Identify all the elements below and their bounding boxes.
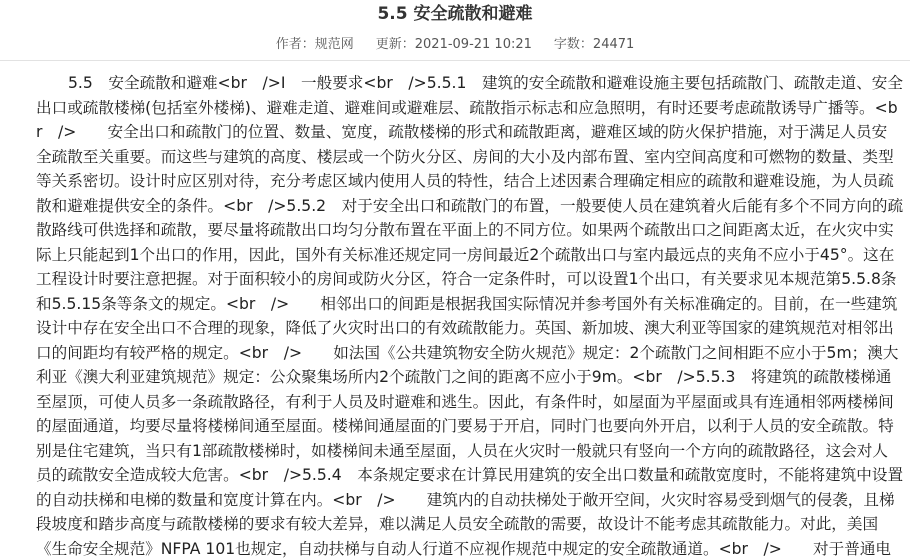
wordcount-value: 24471 (593, 36, 634, 54)
body-line: 等关系密切。设计时应区别对待，充分考虑区域内使用人员的特性，结合上述因素合理确定… (36, 169, 910, 194)
body-line: 的屋面通道，均要尽量将楼梯间通至屋面。楼梯间通屋面的门要易于开启，同时门也要向外… (36, 414, 910, 439)
body-line: 散和避难提供安全的条件。<br />5.5.2 对于安全出口和疏散门的布置，一般… (36, 194, 910, 219)
body-line: 《生命安全规范》NFPA 101也规定，自动扶梯与自动人行道不应视作规范中规定的… (36, 537, 910, 558)
author-label: 作者： (276, 36, 315, 54)
updated-value: 2021-09-21 10:21 (415, 36, 532, 54)
body-line: 段坡度和踏步高度与疏散楼梯的要求有较大差异，难以满足人员安全疏散的需要，故设计不… (36, 512, 910, 537)
body-line: 出口或疏散楼梯(包括室外楼梯)、避难走道、避难间或避难层、疏散指示标志和应急照明… (36, 96, 910, 121)
updated-label: 更新： (376, 36, 415, 54)
body-line: 散路线可供选择和疏散，要尽量将疏散出口均匀分散布置在平面上的不同方位。如果两个疏… (36, 218, 910, 243)
wordcount-label: 字数： (554, 36, 593, 54)
article-body: 5.5 安全疏散和避难<br />Ⅰ 一般要求<br />5.5.1 建筑的安全… (36, 71, 910, 558)
body-line: 设计中存在安全出口不合理的现象，降低了火灾时出口的有效疏散能力。英国、新加坡、澳… (36, 316, 910, 341)
body-line: 口的间距均有较严格的规定。<br /> 如法国《公共建筑物安全防火规范》规定：2… (36, 341, 910, 366)
body-line: 利亚《澳大利亚建筑规范》规定：公众聚集场所内2个疏散门之间的距离不应小于9m。<… (36, 365, 910, 390)
body-line: r /> 安全出口和疏散门的位置、数量、宽度，疏散楼梯的形式和疏散距离，避难区域… (36, 120, 910, 145)
body-line: 际上只能起到1个出口的作用，因此，国外有关标准还规定同一房间最近2个疏散出口与室… (36, 243, 910, 268)
header-divider (0, 60, 910, 61)
body-line: 工程设计时要注意把握。对于面积较小的房间或防火分区，符合一定条件时，可以设置1个… (36, 267, 910, 292)
body-line: 的自动扶梯和电梯的数量和宽度计算在内。<br /> 建筑内的自动扶梯处于敞开空间… (36, 488, 910, 513)
article-meta: 作者：规范网更新：2021-09-21 10:21字数：24471 (0, 36, 910, 54)
body-line: 别是住宅建筑，当只有1部疏散楼梯时，如楼梯间未通至屋面，人员在火灾时一般就只有竖… (36, 439, 910, 464)
body-line: 5.5 安全疏散和避难<br />Ⅰ 一般要求<br />5.5.1 建筑的安全… (36, 71, 910, 96)
author-value: 规范网 (315, 36, 354, 54)
body-line: 全疏散至关重要。而这些与建筑的高度、楼层或一个防火分区、房间的大小及内部布置、室… (36, 145, 910, 170)
body-line: 至屋顶，可使人员多一条疏散路径，有利于人员及时避难和逃生。因此，有条件时，如屋面… (36, 390, 910, 415)
body-line: 员的疏散安全造成较大危害。<br />5.5.4 本条规定要求在计算民用建筑的安… (36, 463, 910, 488)
body-line: 和5.5.15条等条文的规定。<br /> 相邻出口的间距是根据我国实际情况并参… (36, 292, 910, 317)
page-title: 5.5 安全疏散和避难 (0, 3, 910, 25)
